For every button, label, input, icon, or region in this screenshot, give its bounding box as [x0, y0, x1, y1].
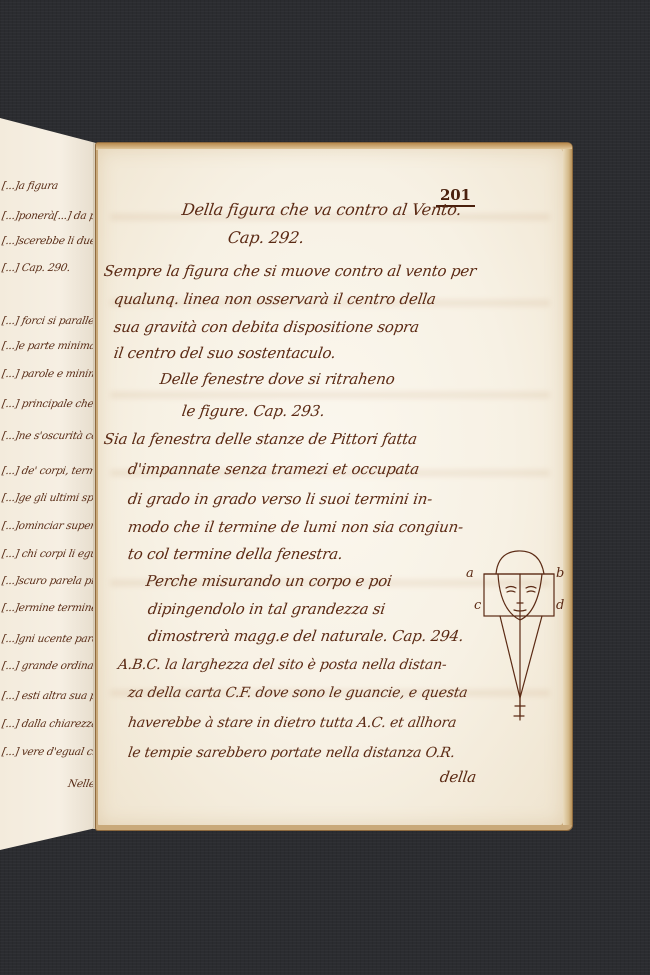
left-catchword: Nelle [67, 778, 96, 790]
sketch-label-d: d [556, 598, 564, 613]
chapter-heading: Delle fenestre dove si ritraheno [159, 370, 396, 388]
text-line: dimostrerà magg.e del naturale. Cap. 294… [147, 627, 465, 645]
sketch-label-a: a [466, 566, 474, 581]
sketch-label-c: c [474, 598, 481, 613]
text-line: dipingendolo in tal grandezza si [147, 600, 387, 618]
text-line: d'impannate senza tramezi et occupata [127, 460, 421, 478]
left-line: [...]a figura [1, 180, 59, 192]
left-line: [...] Cap. 290. [1, 262, 71, 274]
text-line: Perche misurando un corpo e poi [145, 572, 393, 590]
text-line: haverebbe à stare in dietro tutta A.C. e… [127, 715, 457, 731]
text-line: le tempie sarebbero portate nella distan… [127, 745, 456, 761]
text-line: to col termine della fenestra. [127, 545, 344, 563]
text-line: A.B.C. la larghezza del sito è posta nel… [117, 657, 448, 673]
text-line: Sempre la figura che si muove contro al … [103, 262, 478, 280]
chapter-heading: Della figura che va contro al Vento. [181, 200, 463, 219]
sketch-label-b: b [556, 566, 564, 581]
catchword: della [439, 768, 478, 786]
text-line: modo che il termine de lumi non sia cong… [127, 518, 465, 536]
chapter-heading: le figure. Cap. 293. [181, 402, 326, 420]
left-page: [...]a figura [...]ponerà[...] da prima … [0, 0, 100, 975]
manuscript-scene: [...]a figura [...]ponerà[...] da prima … [0, 0, 650, 975]
text-line: qualunq. linea non osservarà il centro d… [113, 290, 437, 308]
page-fore-edge [563, 149, 572, 825]
chapter-number: Cap. 292. [227, 228, 306, 247]
face-proportion-sketch [470, 548, 570, 723]
text-line: za della carta C.F. dove sono le guancie… [127, 685, 469, 701]
text-line: sua gravità con debita dispositione sopr… [113, 318, 420, 336]
text-line: il centro del suo sostentaculo. [113, 344, 337, 362]
text-line: di grado in grado verso li suoi termini … [127, 490, 434, 508]
text-line: Sia la fenestra delle stanze de Pittori … [103, 430, 418, 448]
face-diagram-icon [470, 548, 570, 723]
show-through [110, 392, 550, 398]
